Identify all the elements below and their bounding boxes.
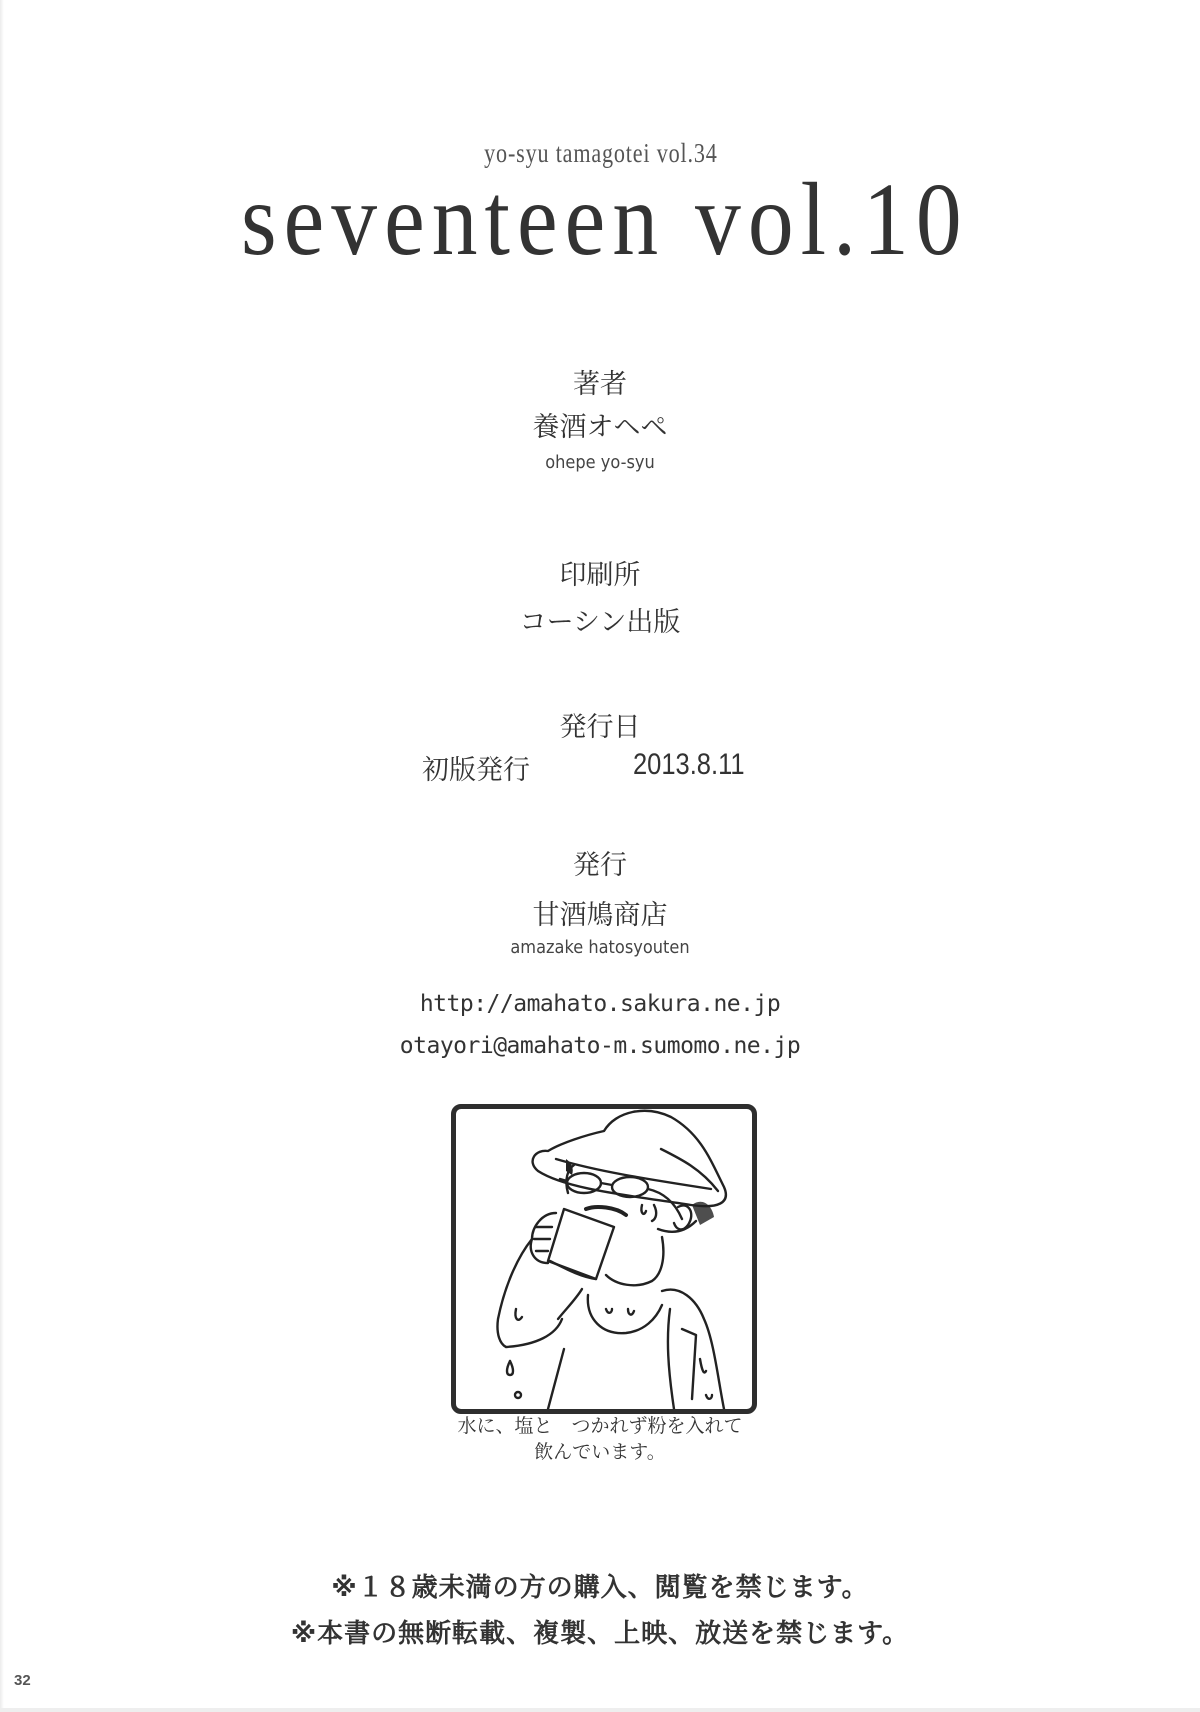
publisher-label: 発行 bbox=[0, 843, 1200, 882]
issue-date: 2013.8.11 bbox=[633, 748, 745, 782]
author-name-romaji: ohepe yo-syu bbox=[60, 452, 1140, 473]
illustration-frame bbox=[451, 1104, 757, 1414]
author-name-ja: 養酒オヘペ bbox=[0, 405, 1200, 444]
publisher-url[interactable]: http://amahato.sakura.ne.jp bbox=[0, 991, 1200, 1017]
edition-label: 初版発行 bbox=[422, 748, 530, 787]
page-bottom-edge bbox=[0, 1708, 1200, 1712]
publisher-email[interactable]: otayori@amahato-m.sumomo.ne.jp bbox=[0, 1033, 1200, 1059]
printer-name: コーシン出版 bbox=[0, 600, 1200, 639]
illustration-caption-line-1: 水に、塩と つかれず粉を入れて bbox=[0, 1414, 1200, 1439]
illustration-caption-line-2: 飲んでいます。 bbox=[0, 1440, 1200, 1465]
age-restriction-notice: ※１８歳未満の方の購入、閲覧を禁じます。 bbox=[0, 1566, 1200, 1611]
page-number: 32 bbox=[14, 1672, 31, 1689]
issue-date-label: 発行日 bbox=[0, 705, 1200, 744]
man-drinking-illustration bbox=[456, 1109, 752, 1409]
book-title: seventeen vol.10 bbox=[77, 160, 1133, 279]
copyright-notice: ※本書の無断転載、複製、上映、放送を禁じます。 bbox=[0, 1612, 1200, 1657]
printer-label: 印刷所 bbox=[0, 553, 1200, 592]
publisher-name-romaji: amazake hatosyouten bbox=[60, 937, 1140, 958]
publisher-name-ja: 甘酒鳩商店 bbox=[0, 893, 1200, 932]
author-label: 著者 bbox=[0, 362, 1200, 401]
